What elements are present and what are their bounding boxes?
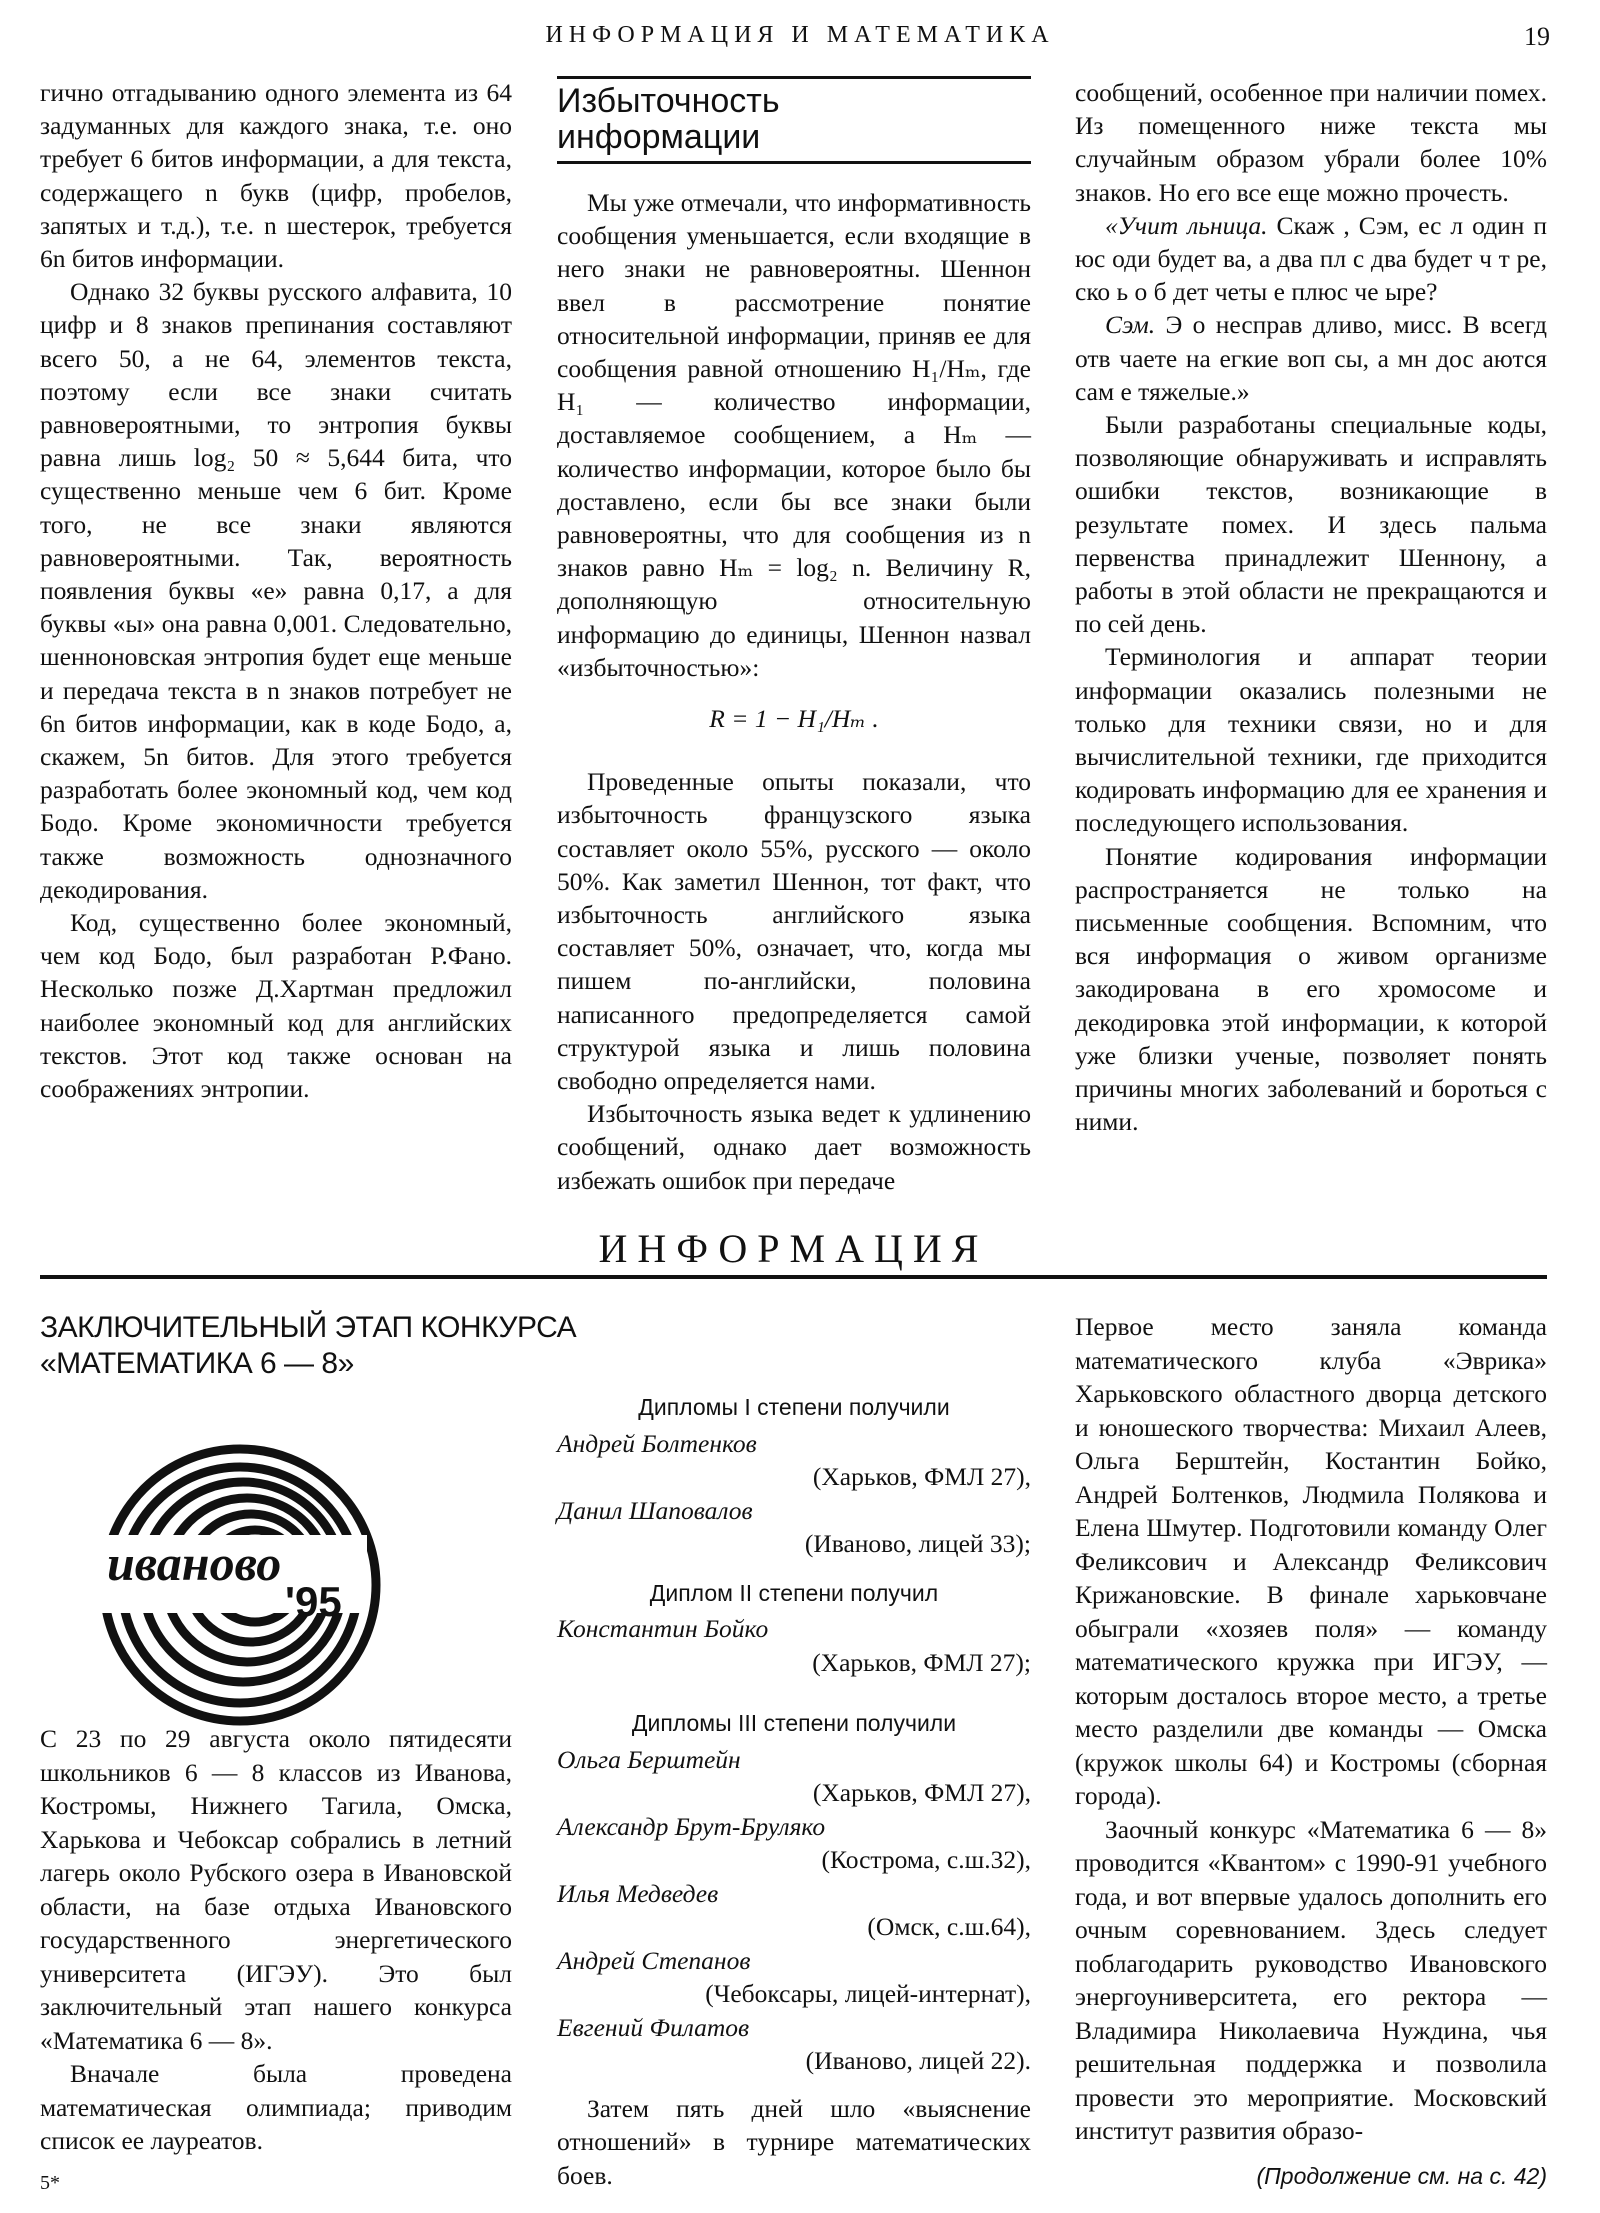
paragraph: Терминология и аппарат теории информации…	[1075, 640, 1547, 839]
signature-mark: 5*	[40, 2172, 60, 2195]
running-head: ИНФОРМАЦИЯ И МАТЕМАТИКА	[0, 22, 1600, 49]
winner-place: (Чебоксары, лицей-интернат),	[557, 1977, 1031, 2011]
article1-column-2: Избыточность информации Мы уже отмечали,…	[557, 76, 1031, 1197]
winner-name: Ольга Берштейн	[557, 1743, 1031, 1777]
paragraph: Мы уже отмечали, что информативность соо…	[557, 186, 1031, 684]
awards-list: Дипломы I степени получили Андрей Болтен…	[557, 1385, 1031, 2192]
winner-place: (Харьков, ФМЛ 27),	[557, 1460, 1031, 1494]
paragraph: Первое место заняла команда математическ…	[1075, 1310, 1547, 1813]
headline-line: «МАТЕМАТИКА 6 — 8»	[40, 1346, 740, 1382]
article2-column-1: С 23 по 29 августа около пятидесяти школ…	[40, 1722, 512, 2158]
article1-column-3: сообщений, особенное при наличии помех. …	[1075, 76, 1547, 1139]
article-headline: ЗАКЛЮЧИТЕЛЬНЫЙ ЭТАП КОНКУРСА «МАТЕМАТИКА…	[40, 1310, 740, 1382]
winner-name: Александр Брут-Бруляко	[557, 1810, 1031, 1844]
winner-name: Илья Медведев	[557, 1877, 1031, 1911]
page-number: 19	[1524, 22, 1550, 52]
award-heading: Дипломы III степени получили	[557, 1707, 1031, 1741]
paragraph: Были разработаны специальные коды, позво…	[1075, 408, 1547, 640]
headline-line: ЗАКЛЮЧИТЕЛЬНЫЙ ЭТАП КОНКУРСА	[40, 1310, 740, 1346]
winner-name: Андрей Болтенков	[557, 1427, 1031, 1461]
award-heading: Диплом II степени получил	[557, 1577, 1031, 1611]
article2-column-3: Первое место заняла команда математическ…	[1075, 1310, 1547, 2193]
section-heading: ИНФОРМАЦИЯ	[40, 1225, 1547, 1279]
quote-teacher: «Учит льница. Скаж , Сэм, ес л один п юс…	[1075, 209, 1547, 309]
paragraph: Понятие кодирования информации распростр…	[1075, 840, 1547, 1139]
subsection-title-line: информации	[557, 119, 1031, 155]
winner-place: (Омск, с.ш.64),	[557, 1910, 1031, 1944]
quote-speaker: «Учит льница.	[1105, 211, 1268, 240]
paragraph: Код, существенно более экономный, чем ко…	[40, 906, 512, 1105]
subsection-title: Избыточность информации	[557, 76, 1031, 164]
award-heading: Дипломы I степени получили	[557, 1391, 1031, 1425]
winner-name: Евгений Филатов	[557, 2011, 1031, 2045]
continued-note: (Продолжение см. на с. 42)	[1075, 2160, 1547, 2194]
paragraph: гично отгадыванию одного элемента из 64 …	[40, 76, 512, 275]
winner-place: (Харьков, ФМЛ 27);	[557, 1646, 1031, 1680]
winner-name: Константин Бойко	[557, 1612, 1031, 1646]
paragraph: сообщений, особенное при наличии помех. …	[1075, 76, 1547, 209]
paragraph: Избыточность языка ведет к удлинению соо…	[557, 1097, 1031, 1197]
svg-text:иваново: иваново	[107, 1535, 281, 1591]
paragraph: Однако 32 буквы русского алфавита, 10 ци…	[40, 275, 512, 906]
paragraph: С 23 по 29 августа около пятидесяти школ…	[40, 1722, 512, 2057]
article1-column-1: гично отгадыванию одного элемента из 64 …	[40, 76, 512, 1105]
winner-name: Андрей Степанов	[557, 1944, 1031, 1978]
quote-speaker: Сэм.	[1105, 310, 1155, 339]
winner-place: (Иваново, лицей 33);	[557, 1527, 1031, 1561]
ivanovo-95-logo: иваново '95	[75, 1440, 395, 1730]
subsection-title-line: Избыточность	[557, 83, 1031, 119]
paragraph: Вначале была проведена математическая ол…	[40, 2057, 512, 2158]
paragraph: Затем пять дней шло «выяснение отношений…	[557, 2092, 1031, 2193]
paragraph: Заочный конкурс «Математика 6 — 8» прово…	[1075, 1813, 1547, 2148]
spiral-logo-icon: иваново '95	[75, 1440, 395, 1730]
paragraph: Проведенные опыты показали, что избыточн…	[557, 765, 1031, 1097]
quote-student: Сэм. Э о несправ дливо, мисс. В всегд от…	[1075, 308, 1547, 408]
winner-place: (Кострома, с.ш.32),	[557, 1843, 1031, 1877]
winner-place: (Иваново, лицей 22).	[557, 2044, 1031, 2078]
formula: R = 1 − H₁/Hₘ .	[557, 702, 1031, 735]
winner-place: (Харьков, ФМЛ 27),	[557, 1776, 1031, 1810]
winner-name: Данил Шаповалов	[557, 1494, 1031, 1528]
svg-text:'95: '95	[285, 1578, 342, 1625]
